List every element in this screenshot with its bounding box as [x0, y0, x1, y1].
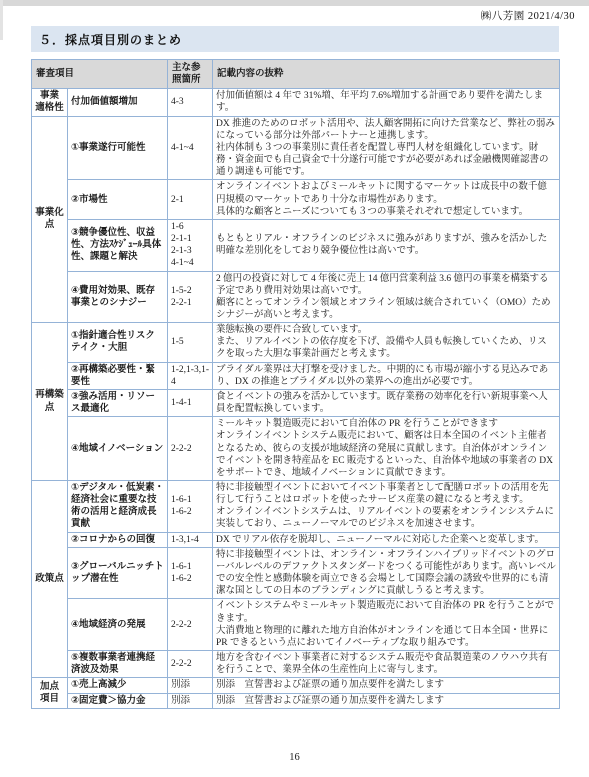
- ref-cell: 1-3,1-4: [168, 532, 213, 547]
- table-row: 政策点①デジタル・低炭素・経済社会に重要な技術の活用と経済成長貢献1-6-1 1…: [32, 481, 560, 533]
- item-cell: ①デジタル・低炭素・経済社会に重要な技術の活用と経済成長貢献: [68, 481, 168, 533]
- content-cell: DX でリアル依存を脱却し、ニューノーマルに対応した企業へと変革します。: [213, 532, 560, 547]
- content-cell: 特に非接触型イベントにおいてイベント事業者として配膳ロボットの活用を先行して行う…: [213, 481, 560, 533]
- table-row: ②市場性2-1オンラインイベントおよびミールキットに関するマーケットは成長中の数…: [32, 180, 560, 219]
- scoring-summary-table: 審査項目 主な参照箇所 記載内容の抜粋 事業 適格性付加価値額増加4-3付加価値…: [31, 59, 560, 709]
- content-cell: DX 推進のためのロボット活用や、法人顧客開拓に向けた営業など、弊社の弱みになっ…: [213, 116, 560, 180]
- item-cell: ⑤複数事業者連携経済波及効果: [68, 651, 168, 678]
- item-cell: ③強み活用・リソース最適化: [68, 389, 168, 416]
- company-date-label: ㈱八芳園 2021/4/30: [481, 11, 575, 22]
- content-cell: 別添 宣誓書および証票の通り加点要件を満たします: [213, 678, 560, 693]
- item-cell: ①事業遂行可能性: [68, 116, 168, 180]
- ref-cell: 2-1: [168, 180, 213, 219]
- item-cell: ③競争優位性、収益性、方法ｽｹｼﾞｭｰﾙ具体性、課題と解決: [68, 219, 168, 271]
- table-row: 事業化 点①事業遂行可能性4-1~4DX 推進のためのロボット活用や、法人顧客開…: [32, 116, 560, 180]
- item-cell: ④費用対効果、既存事業とのシナジー: [68, 271, 168, 323]
- content-cell: ブライダル業界は大打撃を受けました。中期的にも市場が縮小する見込みであり、DX …: [213, 362, 560, 389]
- ref-cell: 別添: [168, 693, 213, 708]
- ref-cell: 1-6-1 1-6-2: [168, 481, 213, 533]
- table-row: ③グローバルニッチトップ潜在性1-6-1 1-6-2特に非接触型イベントは、オン…: [32, 547, 560, 599]
- table-row: ③競争優位性、収益性、方法ｽｹｼﾞｭｰﾙ具体性、課題と解決1-6 2-1-1 2…: [32, 219, 560, 271]
- col-header-content-excerpt: 記載内容の抜粋: [213, 60, 560, 89]
- group-label: 事業化 点: [32, 116, 68, 323]
- table-row: ②再構築必要性・緊要性1-2,1-3,1-4ブライダル業界は大打撃を受けました。…: [32, 362, 560, 389]
- col-header-reference: 主な参照箇所: [168, 60, 213, 89]
- item-cell: ④地域経済の発展: [68, 599, 168, 651]
- group-label: 政策点: [32, 481, 68, 678]
- ref-cell: 1-6-1 1-6-2: [168, 547, 213, 599]
- table-row: ④地域イノベーション2-2-2ミールキット製造販売において自治体の PR を行う…: [32, 417, 560, 481]
- ref-cell: 1-6 2-1-1 2-1-3 4-1~4: [168, 219, 213, 271]
- scan-edge-top: [0, 0, 589, 6]
- table-row: 加点 項目①売上高減少別添別添 宣誓書および証票の通り加点要件を満たします: [32, 678, 560, 693]
- content-cell: 2 億円の投資に対して 4 年後に売上 14 億円営業利益 3.6 億円の事業を…: [213, 271, 560, 323]
- content-cell: 地方を含むイベント事業者に対するシステム販売や食品製造業のノウハウ共有を行うこと…: [213, 651, 560, 678]
- content-cell: イベントシステムやミールキット製造販売において自治体の PR を行うことができま…: [213, 599, 560, 651]
- table-row: ④地域経済の発展2-2-2イベントシステムやミールキット製造販売において自治体の…: [32, 599, 560, 651]
- item-cell: 付加価値額増加: [68, 89, 168, 116]
- content-cell: 付加価値額は 4 年で 31%増、年平均 7.6%増加する計画であり要件を満たし…: [213, 89, 560, 116]
- table-row: 再構築 点①指針適合性リスクテイク・大胆1-5業態転換の要件に合致しています。 …: [32, 323, 560, 362]
- item-cell: ③グローバルニッチトップ潜在性: [68, 547, 168, 599]
- ref-cell: 1-2,1-3,1-4: [168, 362, 213, 389]
- item-cell: ②固定費＞協力金: [68, 693, 168, 708]
- item-cell: ②コロナからの回復: [68, 532, 168, 547]
- ref-cell: 2-2-2: [168, 599, 213, 651]
- ref-cell: 1-4-1: [168, 389, 213, 416]
- item-cell: ②市場性: [68, 180, 168, 219]
- page-number: 16: [0, 752, 589, 763]
- group-label: 再構築 点: [32, 323, 68, 481]
- table-header-row: 審査項目 主な参照箇所 記載内容の抜粋: [32, 60, 560, 89]
- content-cell: 別添 宣誓書および証票の通り加点要件を満たします: [213, 693, 560, 708]
- ref-cell: 2-2-2: [168, 651, 213, 678]
- content-cell: 食とイベントの強みを活かしています。既存業務の効率化を行い新規事業へ人員を配置転…: [213, 389, 560, 416]
- item-cell: ②再構築必要性・緊要性: [68, 362, 168, 389]
- table-row: ②コロナからの回復1-3,1-4DX でリアル依存を脱却し、ニューノーマルに対応…: [32, 532, 560, 547]
- content-cell: もともとリアル・オフラインのビジネスに強みがありますが、強みを活かした明確な差別…: [213, 219, 560, 271]
- document-page: ５．採点項目別のまとめ 審査項目 主な参照箇所 記載内容の抜粋 事業 適格性付加…: [31, 26, 559, 709]
- table-row: 事業 適格性付加価値額増加4-3付加価値額は 4 年で 31%増、年平均 7.6…: [32, 89, 560, 116]
- col-header-review-item: 審査項目: [32, 60, 168, 89]
- group-label: 事業 適格性: [32, 89, 68, 116]
- table-row: ⑤複数事業者連携経済波及効果2-2-2地方を含むイベント事業者に対するシステム販…: [32, 651, 560, 678]
- content-cell: ミールキット製造販売において自治体の PR を行うことができます オンラインイベ…: [213, 417, 560, 481]
- content-cell: 特に非接触型イベントは、オンライン・オフラインハイブリッドイベントのグローバルレ…: [213, 547, 560, 599]
- ref-cell: 1-5-2 2-2-1: [168, 271, 213, 323]
- item-cell: ①指針適合性リスクテイク・大胆: [68, 323, 168, 362]
- scan-edge-left: [0, 0, 3, 40]
- ref-cell: 1-5: [168, 323, 213, 362]
- item-cell: ④地域イノベーション: [68, 417, 168, 481]
- document-header: ㈱八芳園 2021/4/30: [481, 8, 575, 23]
- section-title: ５．採点項目別のまとめ: [31, 26, 559, 52]
- ref-cell: 2-2-2: [168, 417, 213, 481]
- table-row: ④費用対効果、既存事業とのシナジー1-5-2 2-2-12 億円の投資に対して …: [32, 271, 560, 323]
- table-row: ②固定費＞協力金別添別添 宣誓書および証票の通り加点要件を満たします: [32, 693, 560, 708]
- item-cell: ①売上高減少: [68, 678, 168, 693]
- group-label: 加点 項目: [32, 678, 68, 708]
- content-cell: 業態転換の要件に合致しています。 また、リアルイベントの依存度を下げ、設備や人員…: [213, 323, 560, 362]
- ref-cell: 4-1~4: [168, 116, 213, 180]
- ref-cell: 別添: [168, 678, 213, 693]
- content-cell: オンラインイベントおよびミールキットに関するマーケットは成長中の数千億円規模のマ…: [213, 180, 560, 219]
- ref-cell: 4-3: [168, 89, 213, 116]
- table-row: ③強み活用・リソース最適化1-4-1食とイベントの強みを活かしています。既存業務…: [32, 389, 560, 416]
